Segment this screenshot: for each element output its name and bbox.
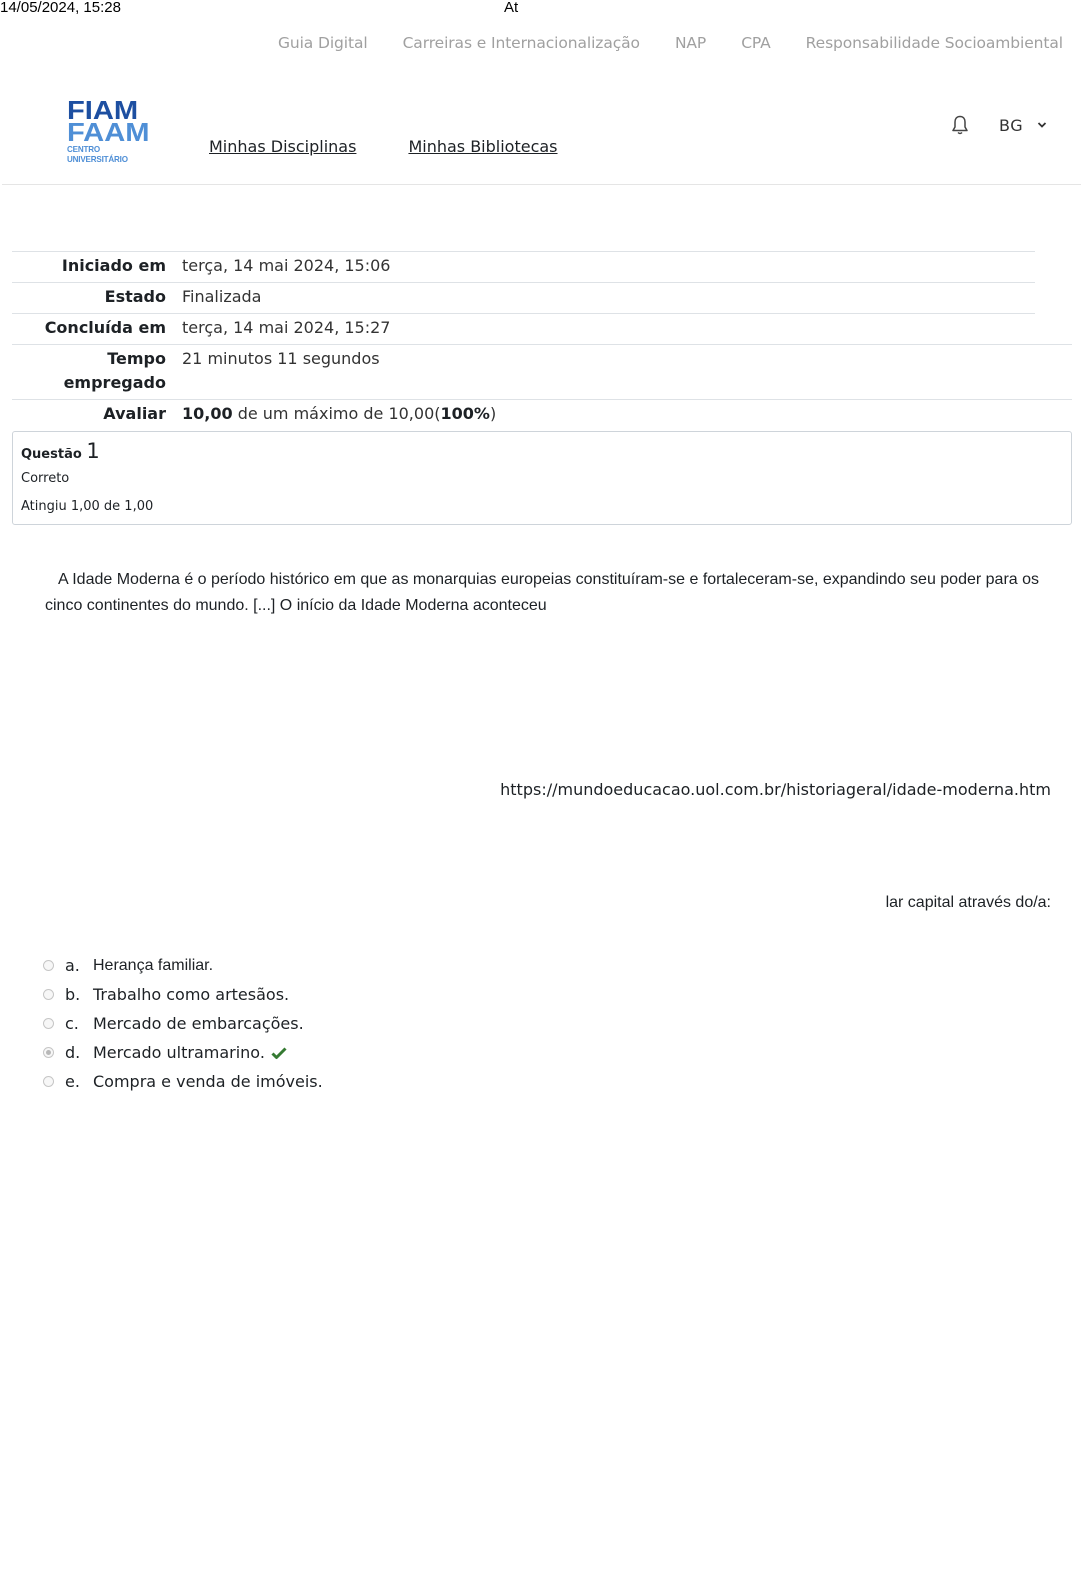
top-link-cpa[interactable]: CPA [741, 34, 770, 52]
summary-value: terça, 14 mai 2024, 15:27 [182, 314, 390, 344]
top-link-nap[interactable]: NAP [675, 34, 706, 52]
question-state: Correto [21, 471, 69, 486]
answer-option-e[interactable]: e. Compra e venda de imóveis. [43, 1067, 323, 1096]
summary-label: Concluída em [12, 314, 182, 344]
grade-end: ) [490, 404, 496, 423]
summary-value: 10,00 de um máximo de 10,00(100%) [182, 400, 496, 430]
top-links-nav: Guia Digital Carreiras e Internacionaliz… [243, 34, 1063, 52]
grade-score: 10,00 [182, 404, 233, 423]
chevron-down-icon[interactable] [1037, 121, 1047, 129]
summary-value: 21 minutos 11 segundos [182, 345, 380, 399]
user-menu-initials[interactable]: BG [999, 116, 1023, 135]
question-source: https://mundoeducacao.uol.com.br/histori… [500, 780, 1051, 799]
radio-button[interactable] [43, 1018, 54, 1029]
attempt-summary-table: Iniciado em terça, 14 mai 2024, 15:06 Es… [12, 251, 1072, 430]
answer-list: a. Herança familiar. b. Trabalho como ar… [43, 951, 323, 1096]
answer-text: Herança familiar. [93, 957, 213, 975]
logo-line-centro: CENTRO UNIVERSITÁRIO [67, 144, 154, 164]
question-text-line1: A Idade Moderna é o período histórico em… [45, 567, 1055, 593]
print-date: 14/05/2024, 15:28 [0, 0, 121, 16]
question-label: Questão [21, 447, 82, 462]
summary-row-started: Iniciado em terça, 14 mai 2024, 15:06 [12, 251, 1035, 282]
answer-text: Mercado de embarcações. [93, 1014, 304, 1033]
nav-minhas-disciplinas[interactable]: Minhas Disciplinas [209, 137, 356, 156]
radio-button[interactable] [43, 1076, 54, 1087]
question-number-value: 1 [86, 439, 99, 463]
summary-label-line1: Tempo [107, 349, 166, 368]
top-link-carreiras[interactable]: Carreiras e Internacionalização [403, 34, 640, 52]
answer-option-d[interactable]: d. Mercado ultramarino. [43, 1038, 323, 1067]
summary-row-time: Tempo empregado 21 minutos 11 segundos [12, 344, 1072, 399]
summary-row-completed: Concluída em terça, 14 mai 2024, 15:27 [12, 313, 1035, 344]
top-link-responsabilidade[interactable]: Responsabilidade Socioambiental [806, 34, 1063, 52]
answer-option-c[interactable]: c. Mercado de embarcações. [43, 1009, 323, 1038]
answer-text: Mercado ultramarino. [93, 1043, 265, 1062]
bell-icon[interactable] [950, 114, 970, 136]
grade-middle: de um máximo de 10,00( [233, 404, 441, 423]
summary-label-line2: empregado [64, 373, 166, 392]
summary-row-state: Estado Finalizada [12, 282, 1035, 313]
logo-line-faam: FAAM [67, 121, 170, 143]
answer-letter: d. [65, 1043, 93, 1062]
question-grade: Atingiu 1,00 de 1,00 [21, 499, 153, 514]
radio-button[interactable] [43, 960, 54, 971]
summary-label: Estado [12, 283, 182, 313]
summary-value: Finalizada [182, 283, 261, 313]
radio-button-selected[interactable] [43, 1047, 54, 1058]
summary-label: Tempo empregado [12, 345, 182, 399]
question-text: A Idade Moderna é o período histórico em… [45, 567, 1055, 619]
question-text-line2: cinco continentes do mundo. [...] O iníc… [45, 593, 1055, 619]
answer-letter: c. [65, 1014, 93, 1033]
question-number: Questão 1 [21, 439, 100, 463]
main-nav: Minhas Disciplinas Minhas Bibliotecas [209, 137, 610, 156]
answer-option-b[interactable]: b. Trabalho como artesãos. [43, 980, 323, 1009]
grade-percent: 100% [441, 404, 490, 423]
summary-label: Iniciado em [12, 252, 182, 282]
site-logo[interactable]: FIAM FAAM CENTRO UNIVERSITÁRIO [67, 99, 159, 155]
nav-minhas-bibliotecas[interactable]: Minhas Bibliotecas [408, 137, 557, 156]
answer-text: Trabalho como artesãos. [93, 985, 289, 1004]
correct-check-icon [271, 1046, 287, 1060]
answer-option-a[interactable]: a. Herança familiar. [43, 951, 323, 980]
answer-letter: b. [65, 985, 93, 1004]
nav-divider [2, 184, 1081, 185]
print-header: 14/05/2024, 15:28 At [0, 0, 1081, 16]
question-info-box: Questão 1 Correto Atingiu 1,00 de 1,00 [12, 431, 1072, 525]
answer-text: Compra e venda de imóveis. [93, 1072, 323, 1091]
question-prompt: lar capital através do/a: [886, 894, 1051, 912]
summary-label: Avaliar [12, 400, 182, 430]
summary-value: terça, 14 mai 2024, 15:06 [182, 252, 390, 282]
answer-letter: a. [65, 956, 93, 975]
radio-button[interactable] [43, 989, 54, 1000]
user-area: BG [950, 114, 1047, 136]
answer-letter: e. [65, 1072, 93, 1091]
top-link-guia-digital[interactable]: Guia Digital [278, 34, 368, 52]
summary-row-grade: Avaliar 10,00 de um máximo de 10,00(100%… [12, 399, 1072, 430]
print-title: At [504, 0, 518, 16]
